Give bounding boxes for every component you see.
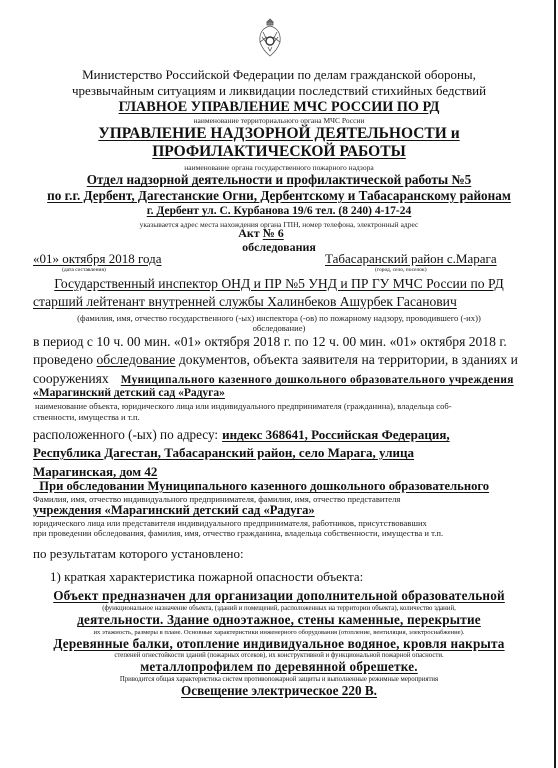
document-page: Министерство Российской Федерации по дел…	[0, 0, 558, 768]
object-name-line-1: Муниципального казенного дошкольного обр…	[121, 374, 514, 386]
object-name-line-2: «Марагинский детский сад «Радуга»	[33, 387, 225, 399]
act-number: № 6	[263, 226, 284, 240]
inspector-caption-2: обследование)	[0, 323, 558, 333]
act-title: Акт № 6	[0, 226, 558, 241]
location-address-2: Республика Дагестан, Табасаранский район…	[33, 445, 414, 461]
object-line-1: сооружениях Муниципального казенного дош…	[33, 370, 515, 388]
location-address-1: индекс 368641, Российская Федерация,	[222, 427, 450, 442]
inspection-prefix: проведено	[33, 352, 93, 367]
object-caption-1: наименование объекта, юридического лица …	[35, 401, 452, 411]
inspection-period: в период с 10 ч. 00 мин. «01» октября 20…	[33, 334, 507, 350]
location-line-1: расположенного (-ых) по адресу: индекс 3…	[33, 426, 450, 444]
division-line-2: по г.г. Дербент, Дагестанские Огни, Дерб…	[0, 188, 558, 204]
presence-line-1: При обследовании Муниципального казенног…	[33, 479, 489, 494]
location-address-3: Марагинская, дом 42	[33, 464, 157, 480]
inspection-type: обследование	[97, 352, 176, 367]
description-line-2: деятельности. Здание одноэтажное, стены …	[0, 612, 558, 628]
act-place-caption: (город, село, поселок)	[375, 267, 427, 273]
inspector-position: Государственный инспектор ОНД и ПР №5 УН…	[0, 276, 558, 292]
act-title-text: Акт	[238, 226, 259, 240]
act-date: «01» октября 2018 года	[33, 251, 170, 267]
mchs-emblem-icon	[257, 16, 283, 60]
object-prefix: сооружениях	[33, 371, 109, 386]
description-line-4: металлопрофилем по деревянной обрешетке.	[0, 659, 558, 675]
description-caption-2: их этажность, размеры в плане. Основные …	[0, 629, 558, 636]
location-prefix: расположенного (-ых) по адресу:	[33, 427, 218, 442]
results-item-1: 1) краткая характеристика пожарной опасн…	[50, 569, 363, 585]
division-address: г. Дербент ул. С. Курбанова 19/6 тел. (8…	[0, 205, 558, 217]
description-line-1: Объект предназначен для организации допо…	[0, 588, 558, 604]
results-intro: по результатам которого установлено:	[33, 546, 244, 562]
supervision-dept-line-1: УПРАВЛЕНИЕ НАДЗОРНОЙ ДЕЯТЕЛЬНОСТИ и	[0, 125, 558, 143]
object-caption-2: ственности, имущества и т.п.	[33, 412, 140, 422]
ministry-line-1: Министерство Российской Федерации по дел…	[0, 67, 558, 83]
ministry-line-2: чрезвычайным ситуациям и ликвидации посл…	[0, 83, 558, 99]
description-line-5: Освещение электрическое 220 В.	[0, 683, 558, 699]
presence-text-1: При обследовании Муниципального казенног…	[39, 479, 489, 493]
presence-caption-2: юридического лица или представителя инди…	[33, 518, 427, 528]
presence-line-2: учреждения «Марагинский детский сад «Рад…	[33, 503, 315, 518]
act-place: Табасаранский район с.Марага	[325, 251, 497, 267]
main-directorate: ГЛАВНОЕ УПРАВЛЕНИЕ МЧС РОССИИ ПО РД	[0, 99, 558, 116]
description-caption-3: степеней огнестойкости зданий (пожарных …	[0, 652, 558, 659]
division-line-1: Отдел надзорной деятельности и профилакт…	[0, 172, 558, 188]
supervision-dept-line-2: ПРОФИЛАКТИЧЕСКОЙ РАБОТЫ	[0, 143, 558, 161]
act-date-caption: (дата составления)	[62, 267, 106, 273]
main-directorate-caption: наименование территориального органа МЧС…	[0, 116, 558, 125]
inspection-rest: документов, объекта заявителя на террито…	[179, 352, 518, 367]
supervision-dept-caption: наименование органа государственного пож…	[0, 163, 558, 172]
inspector-name: старший лейтенант внутренней службы Хали…	[33, 294, 457, 310]
inspection-line: проведено обследование документов, объек…	[33, 352, 518, 368]
inspector-caption-1: (фамилия, имя, отчество государственного…	[0, 313, 558, 323]
presence-caption-3: при проведении обследования, фамилия, им…	[33, 528, 443, 538]
description-line-3: Деревянные балки, отопление индивидуальн…	[0, 636, 558, 652]
description-caption-1: (функциональное назначение объекта, (зда…	[0, 605, 558, 612]
description-caption-4: Приводится общая характеристика систем п…	[0, 676, 558, 683]
